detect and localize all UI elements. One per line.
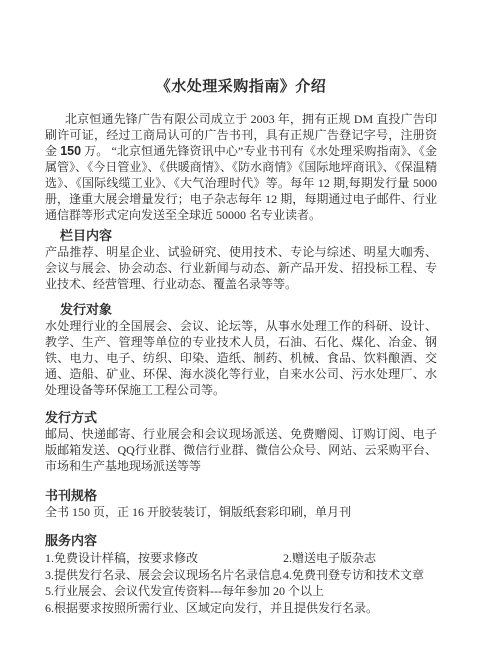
column-content-body: 产品推荐、明星企业、试验研究、使用技术、专论与综述、明星大咖秀、会议与展会、协会… bbox=[45, 244, 437, 292]
service-item-1: 1.免费设计样稿，按要求修改 bbox=[45, 550, 283, 567]
service-item-2: 2.赠送电子版杂志 bbox=[283, 550, 376, 567]
service-item-4: 4.免费刊登专访和技术文章 bbox=[283, 567, 424, 584]
audience-body: 水处理行业的全国展会、会议、论坛等，从事水处理工作的科研、设计、教学、生产、管理… bbox=[45, 318, 437, 398]
document-title: 《水处理采购指南》介绍 bbox=[45, 78, 437, 97]
section-heading-column-content: 栏目内容 bbox=[45, 227, 437, 244]
registered-capital-value: 150 bbox=[60, 144, 81, 158]
service-item-6: 6.根据要求按照所需行业、区域定向发行，并且提供发行名录。 bbox=[45, 601, 378, 615]
service-row-4: 6.根据要求按照所需行业、区域定向发行，并且提供发行名录。 bbox=[45, 600, 437, 617]
section-heading-services: 服务内容 bbox=[45, 532, 437, 549]
service-row-2: 3.提供发行名录、展会会议现场名片名录信息4.免费刊登专访和技术文章 bbox=[45, 567, 437, 584]
distribution-body: 邮局、快递邮寄、行业展会和会议现场派送、免费赠阅、订购订阅、电子版邮箱发送、QQ… bbox=[45, 426, 437, 474]
service-item-3: 3.提供发行名录、展会会议现场名片名录信息 bbox=[45, 567, 283, 584]
section-heading-audience: 发行对象 bbox=[45, 301, 437, 318]
service-row-3: 5.行业展会、会议代发宣传资料---每年参加 20 个以上 bbox=[45, 583, 437, 600]
service-items-list: 1.免费设计样稿，按要求修改2.赠送电子版杂志 3.提供发行名录、展会会议现场名… bbox=[45, 550, 437, 616]
service-row-1: 1.免费设计样稿，按要求修改2.赠送电子版杂志 bbox=[45, 550, 437, 567]
section-heading-spec: 书刊规格 bbox=[45, 487, 437, 504]
service-item-5: 5.行业展会、会议代发宣传资料---每年参加 20 个以上 bbox=[45, 584, 324, 598]
document-page: 《水处理采购指南》介绍 北京恒通先锋广告有限公司成立于 2003 年，拥有正规 … bbox=[0, 0, 480, 647]
intro-text-after-capital: 万。 “北京恒通先锋资讯中心”专业书刊有《水处理采购指南》、《金属管》、《今日管… bbox=[45, 144, 437, 222]
section-heading-distribution: 发行方式 bbox=[45, 409, 437, 426]
spec-body: 全书 150 页，正 16 开胶装装订，铜版纸套彩印刷，单月刊 bbox=[45, 504, 437, 520]
intro-paragraph: 北京恒通先锋广告有限公司成立于 2003 年，拥有正规 DM 直投广告印刷许可证… bbox=[45, 111, 437, 223]
